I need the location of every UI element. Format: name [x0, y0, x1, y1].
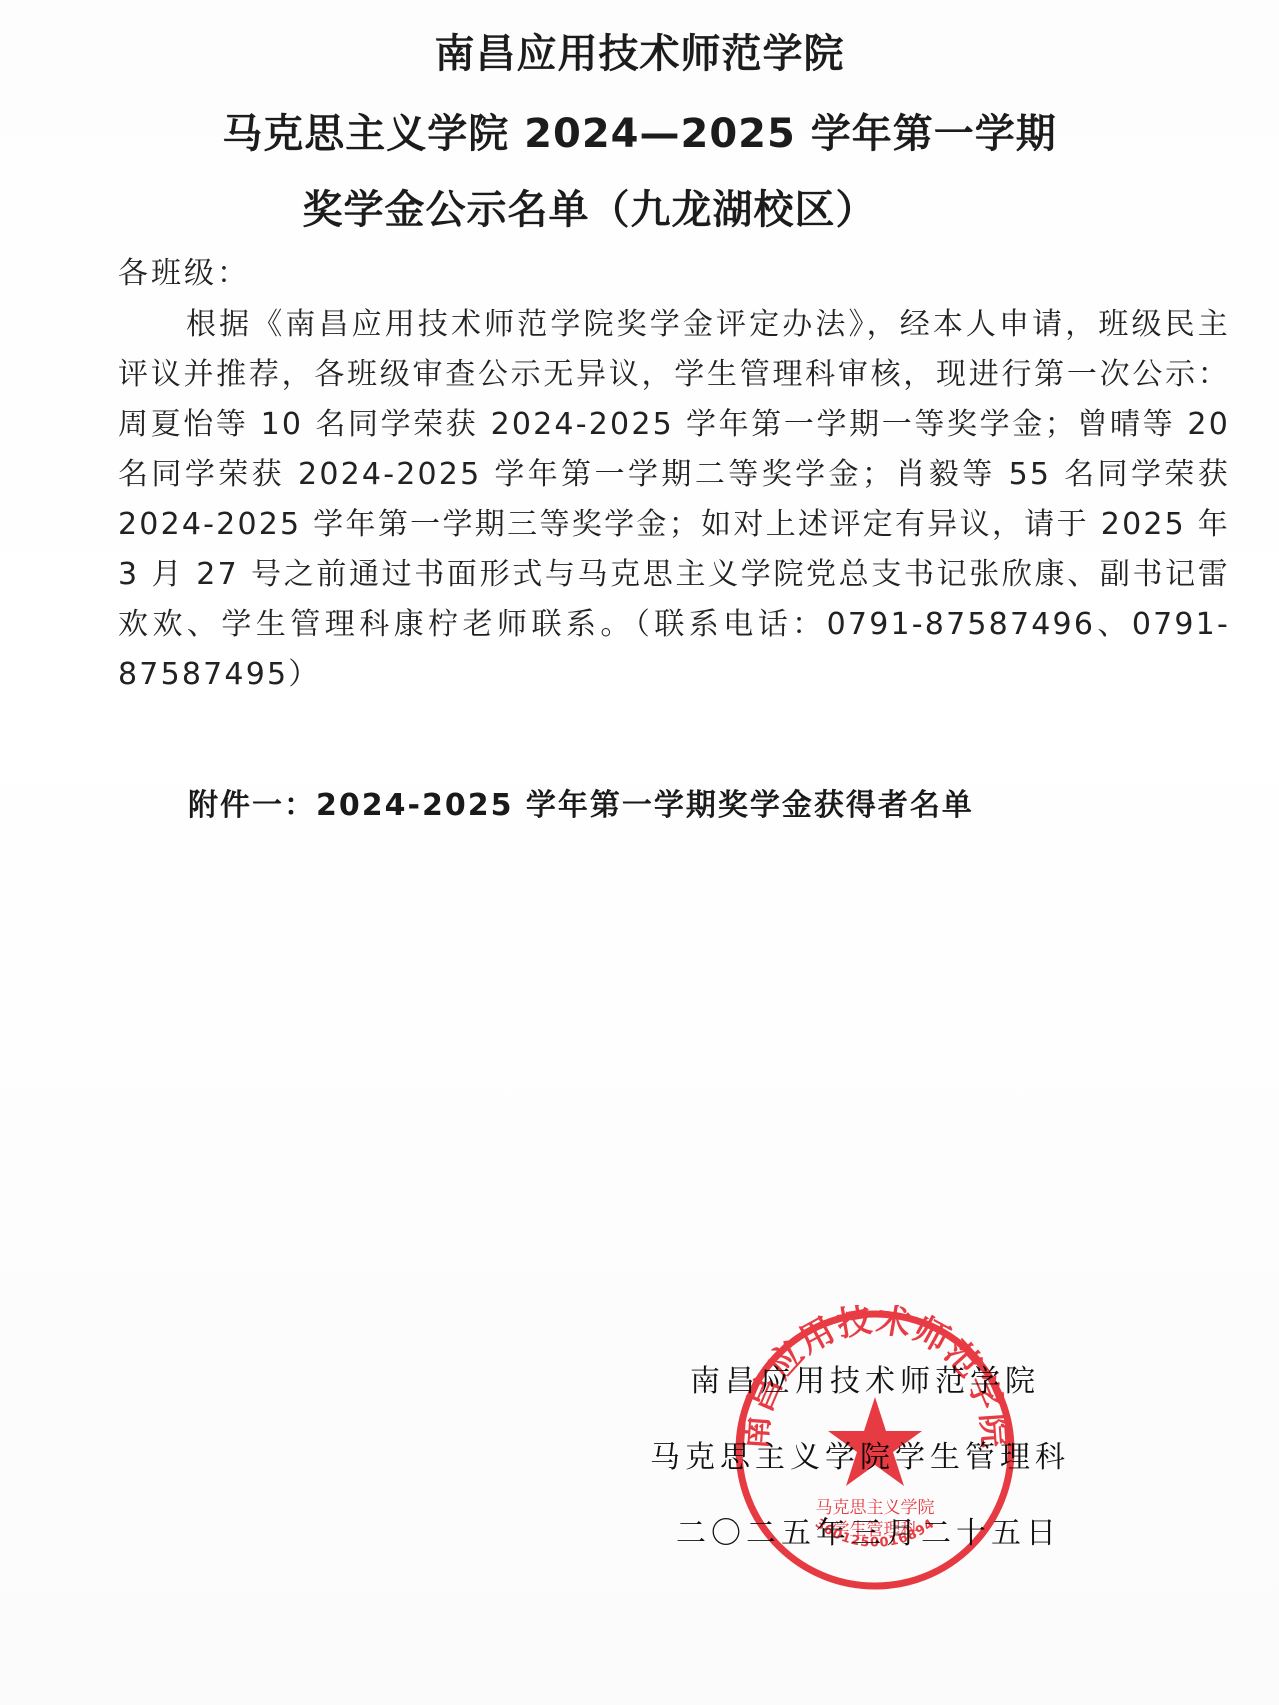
attachment-reference: 附件一：2024-2025 学年第一学期奖学金获得者名单	[188, 780, 974, 824]
signature-date: 二〇二五年三月二十五日	[676, 1508, 1061, 1552]
document-page: 南昌应用技术师范学院 马克思主义学院 2024—2025 学年第一学期 奖学金公…	[0, 0, 1279, 1705]
document-title-institution: 南昌应用技术师范学院	[0, 22, 1279, 79]
signature-department: 马克思主义学院学生管理科	[650, 1432, 1070, 1476]
document-title-term: 马克思主义学院 2024—2025 学年第一学期	[0, 102, 1279, 159]
body-paragraph: 根据《南昌应用技术师范学院奖学金评定办法》，经本人申请，班级民主评议并推荐，各班…	[118, 300, 1230, 700]
signature-organization: 南昌应用技术师范学院	[690, 1356, 1040, 1400]
document-title-list: 奖学金公示名单（九龙湖校区）	[0, 178, 1229, 235]
salutation: 各班级：	[118, 248, 250, 292]
